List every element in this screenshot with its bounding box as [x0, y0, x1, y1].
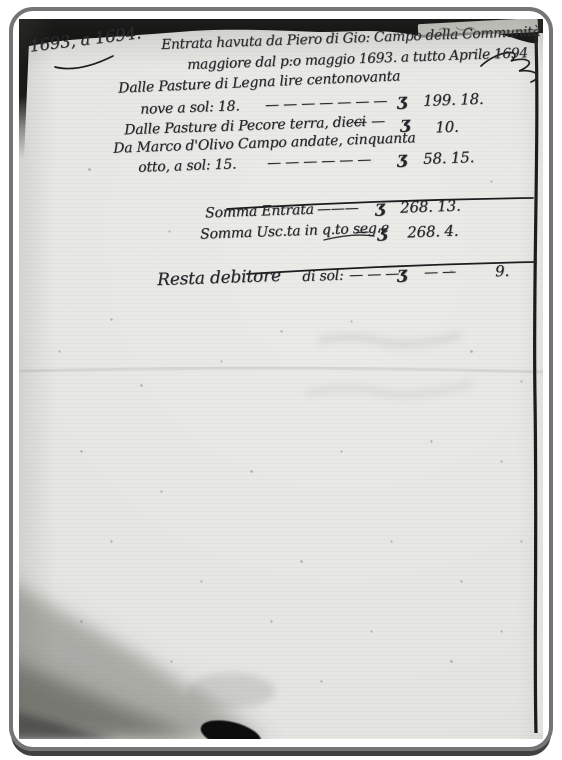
manuscript-scan: 1693, a 1694. Entrata havuta da Piero di…: [19, 19, 543, 739]
balance-line: Resta debitore di sol: — — — ʒ — — 9.: [19, 259, 543, 299]
viewer-stage: 1693, a 1694. Entrata havuta da Piero di…: [0, 0, 562, 760]
ink-layer: 1693, a 1694. Entrata havuta da Piero di…: [19, 19, 543, 739]
